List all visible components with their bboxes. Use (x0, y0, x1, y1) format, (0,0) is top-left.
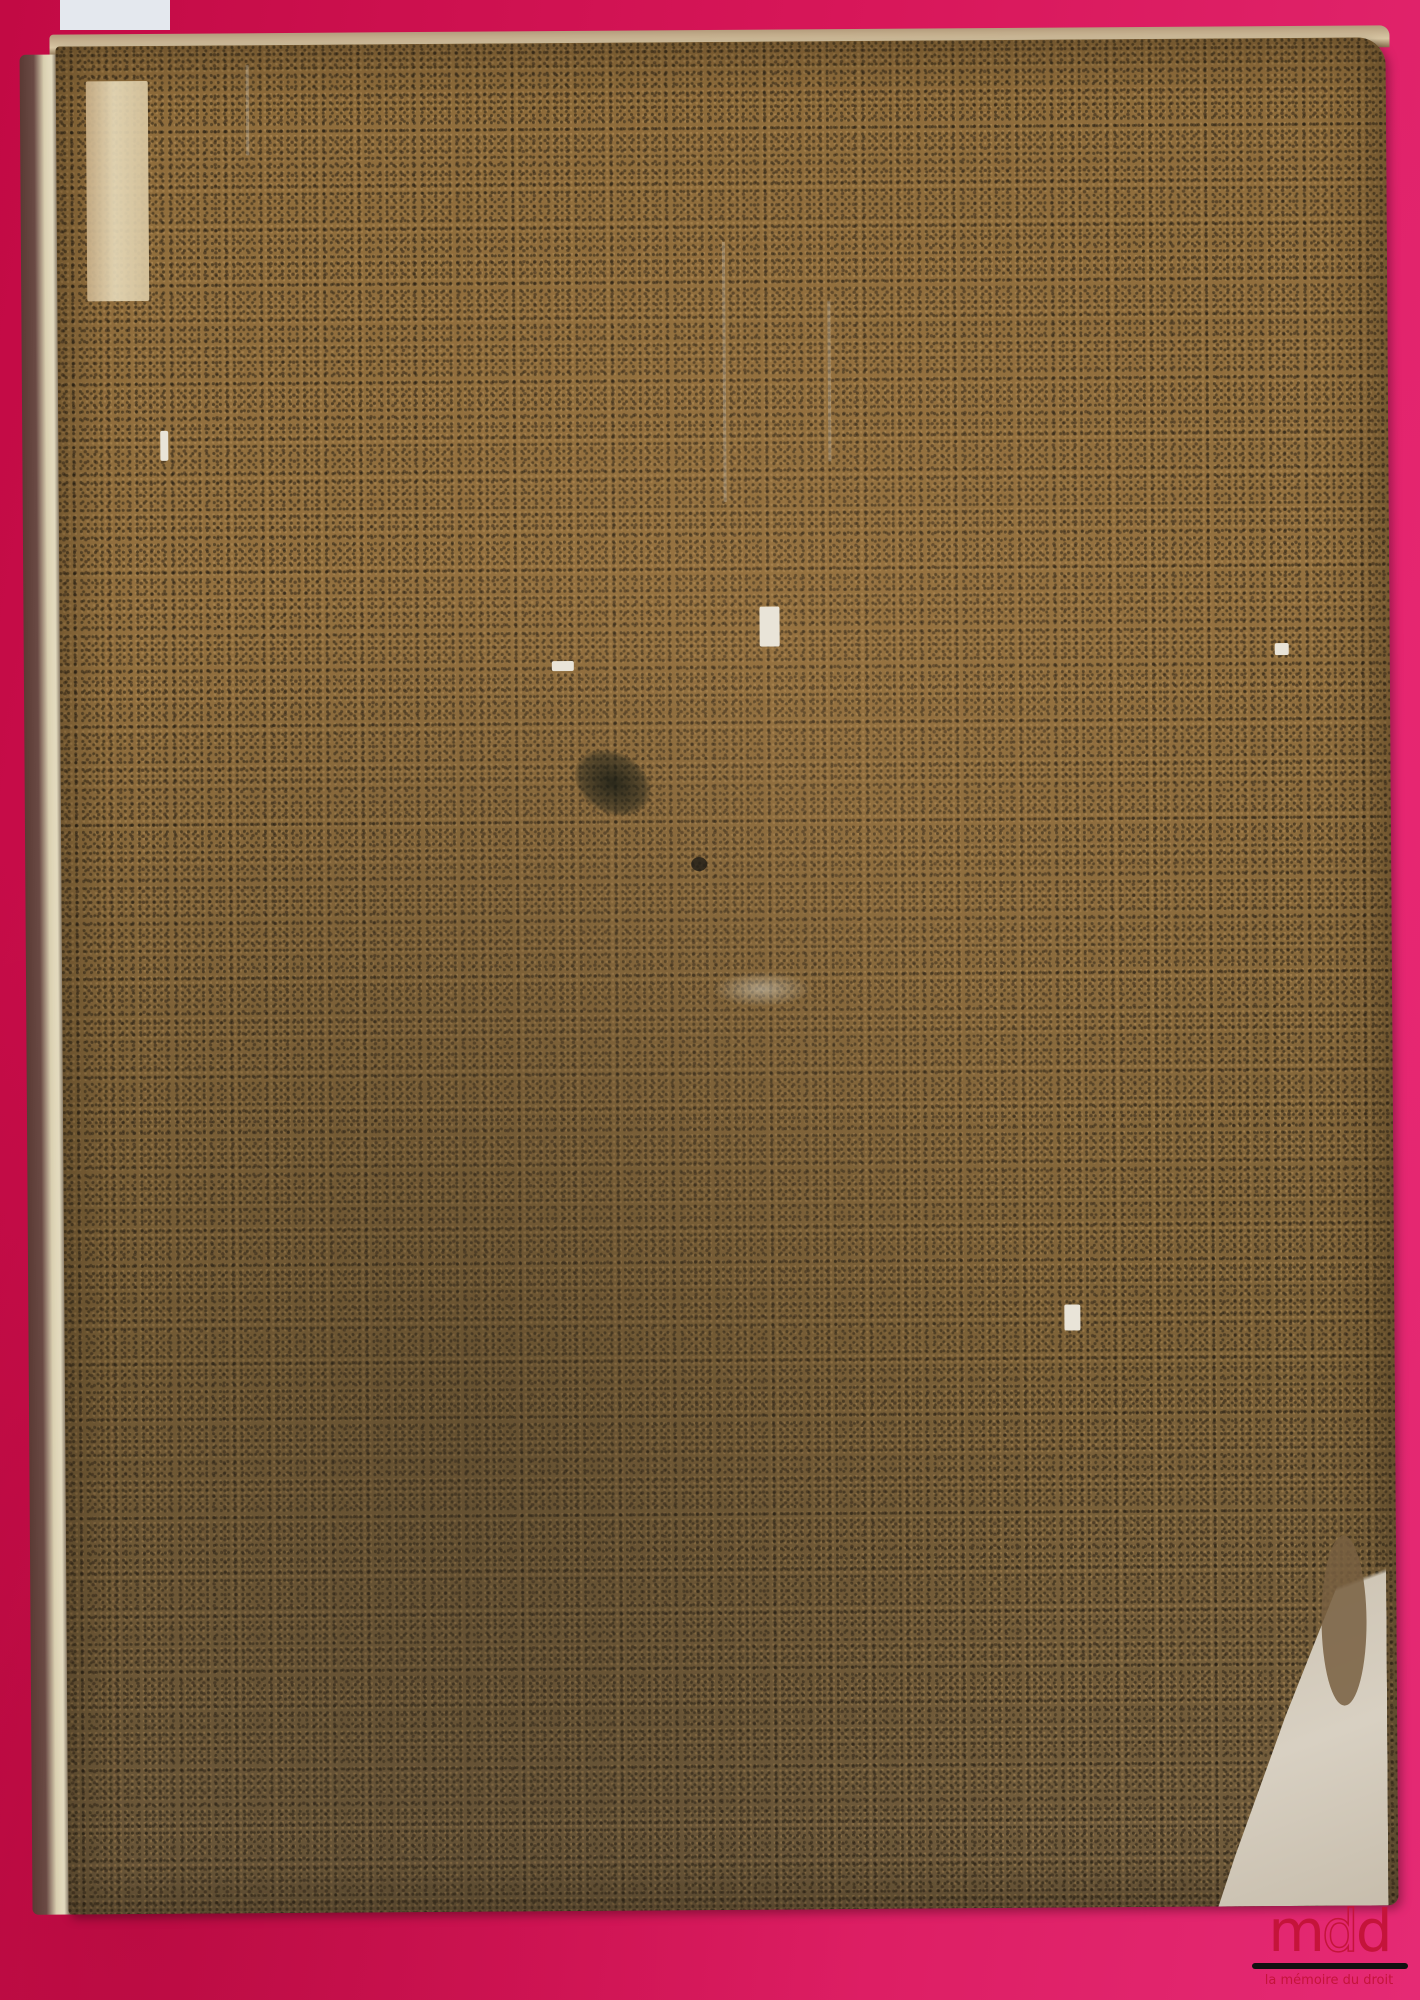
mdd-logo: mdd (1244, 1903, 1414, 1959)
watermark-tagline: la mémoire du droit (1244, 1973, 1414, 1988)
paper-chip (1064, 1304, 1080, 1330)
paper-chip (552, 661, 574, 671)
spine-label-tape (86, 81, 150, 301)
logo-letter-d: d (1356, 1897, 1390, 1965)
scratch-mark (246, 65, 250, 155)
paper-slip (60, 0, 170, 30)
ink-stain-dot (691, 857, 707, 871)
paper-chip (1275, 643, 1289, 655)
paper-chip (160, 431, 168, 461)
mdd-watermark: mdd la mémoire du droit (1244, 1903, 1414, 1988)
logo-letter-m: m (1268, 1897, 1322, 1965)
logo-letter-d-outline: d (1322, 1897, 1356, 1965)
book-cover (56, 37, 1399, 1914)
paper-chip (759, 607, 779, 647)
book (19, 25, 1410, 1925)
